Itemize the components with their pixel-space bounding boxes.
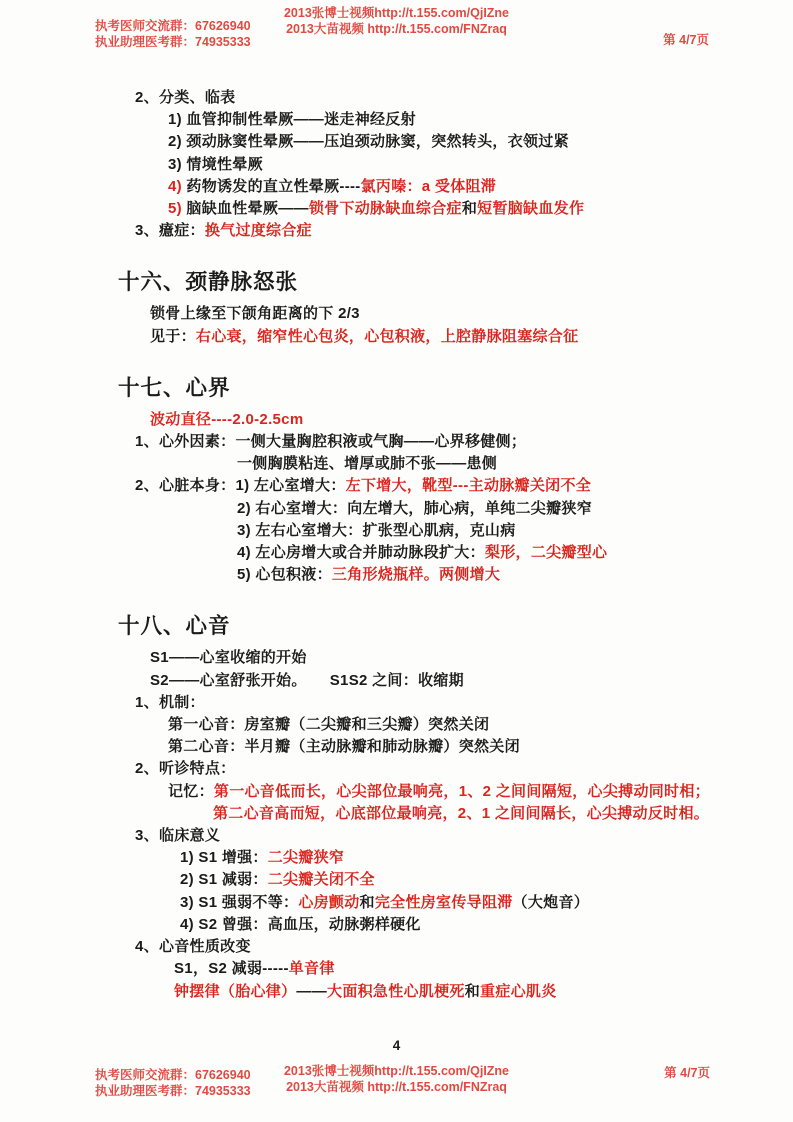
page-number: 4: [0, 1038, 793, 1053]
text-segment: 第二心音：半月瓣（主动脉瓣和肺动脉瓣）突然关闭: [168, 738, 520, 755]
doc-line: 锁骨上缘至下颌角距离的下 2/3: [118, 303, 758, 325]
text-segment: 和: [462, 200, 477, 217]
text-segment: 药物诱发的直立性晕厥----: [186, 178, 360, 195]
doc-line: 4) 左心房增大或合并肺动脉段扩大：梨形，二尖瓣型心: [118, 542, 758, 564]
text-segment: 1) S1 增强：: [180, 849, 268, 866]
doc-line: 钟摆律（胎心律）——大面积急性心肌梗死和重症心肌炎: [118, 981, 758, 1003]
doc-line: 4) S2 曾强：高血压，动脉粥样硬化: [118, 914, 758, 936]
text-segment: 2、分类、临表: [135, 89, 235, 106]
text-segment: 4、心音性质改变: [135, 938, 251, 955]
doc-line: 1) 血管抑制性晕厥——迷走神经反射: [118, 109, 758, 131]
header-page-label: 第 4/7页: [663, 33, 709, 49]
text-segment: 5): [168, 200, 186, 217]
text-segment: 梨形，二尖瓣型心: [485, 544, 607, 561]
footer-video-link-2: 2013大苗视频 http://t.155.com/FNZraq: [0, 1080, 793, 1096]
text-segment: 4) 左心房增大或合并肺动脉段扩大：: [237, 544, 485, 561]
doc-line: 一侧胸膜粘连、增厚或肺不张——患侧: [118, 453, 758, 475]
text-segment: 三角形烧瓶样。两侧增大: [332, 566, 500, 583]
text-segment: 2) S1 减弱：: [180, 871, 268, 888]
text-segment: S2——心室舒张开始。 S1S2 之间：收缩期: [150, 672, 464, 689]
text-segment: 锁骨下动脉缺血综合症: [309, 200, 462, 217]
doc-line: 5) 心包积液：三角形烧瓶样。两侧增大: [118, 564, 758, 586]
doc-line: 4、心音性质改变: [118, 936, 758, 958]
text-segment: 完全性房室传导阻滞: [375, 894, 513, 911]
text-segment: 锁骨上缘至下颌角距离的下 2/3: [150, 305, 360, 322]
text-segment: 2、心脏本身：1) 左心室增大：: [135, 477, 346, 494]
doc-line: 5) 脑缺血性晕厥——锁骨下动脉缺血综合症和短暂脑缺血发作: [118, 198, 758, 220]
text-segment: 4) S2 曾强：高血压，动脉粥样硬化: [180, 916, 421, 933]
doc-line: 第一心音：房室瓣（二尖瓣和三尖瓣）突然关闭: [118, 714, 758, 736]
text-segment: 2) 右心室增大：向左增大，肺心病，单纯二尖瓣狭窄: [237, 500, 592, 517]
text-segment: 左下增大，靴型---主动脉瓣关闭不全: [346, 477, 591, 494]
doc-line: 2) 颈动脉窦性晕厥——压迫颈动脉窦，突然转头，衣领过紧: [118, 131, 758, 153]
text-segment: 1) 血管抑制性晕厥——迷走神经反射: [168, 111, 416, 128]
document-body: 2、分类、临表1) 血管抑制性晕厥——迷走神经反射2) 颈动脉窦性晕厥——压迫颈…: [118, 87, 758, 1003]
text-segment: 十六、颈静脉怒张: [118, 270, 298, 294]
text-segment: 心房颤动: [298, 894, 359, 911]
doc-line: 记忆：第一心音低而长，心尖部位最响亮，1、2 之间间隔短，心尖搏动同时相；: [118, 781, 758, 803]
text-segment: 和: [465, 983, 480, 1000]
doc-line: 3、临床意义: [118, 825, 758, 847]
doc-line: 波动直径----2.0-2.5cm: [118, 409, 758, 431]
text-segment: 单音律: [289, 960, 335, 977]
text-segment: 换气过度综合症: [205, 222, 312, 239]
text-segment: 2) 颈动脉窦性晕厥——压迫颈动脉窦，突然转头，衣领过紧: [168, 133, 569, 150]
doc-line: 第二心音：半月瓣（主动脉瓣和肺动脉瓣）突然关闭: [118, 736, 758, 758]
doc-line: 2、心脏本身：1) 左心室增大：左下增大，靴型---主动脉瓣关闭不全: [118, 475, 758, 497]
doc-line: S2——心室舒张开始。 S1S2 之间：收缩期: [118, 670, 758, 692]
text-segment: 1、机制：: [135, 694, 205, 711]
text-segment: 见于：: [150, 328, 196, 345]
text-segment: 3) 左右心室增大：扩张型心肌病，克山病: [237, 522, 516, 539]
text-segment: 十七、心界: [118, 376, 231, 400]
doc-line: 第二心音高而短，心底部位最响亮，2、1 之间间隔长，心尖搏动反时相。: [118, 803, 758, 825]
doc-line: 2、分类、临表: [118, 87, 758, 109]
text-segment: 氯丙嗪：a 受体阻滞: [361, 178, 497, 195]
doc-line: 3) 左右心室增大：扩张型心肌病，克山病: [118, 520, 758, 542]
document-page: 执考医师交流群：67626940 执业助理医考群：74935333 2013张博…: [0, 0, 793, 1122]
doc-line: 4) 药物诱发的直立性晕厥----氯丙嗪：a 受体阻滞: [118, 176, 758, 198]
text-segment: 右心衰，缩窄性心包炎，心包积液，上腔静脉阻塞综合征: [196, 328, 579, 345]
doc-line: 3、癔症：换气过度综合症: [118, 220, 758, 242]
text-segment: 2、听诊特点：: [135, 760, 235, 777]
doc-line: S1，S2 减弱-----单音律: [118, 958, 758, 980]
text-segment: （大炮音）: [513, 894, 590, 911]
text-segment: 和: [360, 894, 375, 911]
doc-line: 见于：右心衰，缩窄性心包炎，心包积液，上腔静脉阻塞综合征: [118, 326, 758, 348]
header-video-link-1: 2013张博士视频http://t.155.com/QjIZne: [0, 6, 793, 22]
section-heading: 十八、心音: [118, 613, 758, 640]
text-segment: 钟摆律（胎心律）: [174, 983, 296, 1000]
doc-line: 3) 情境性晕厥: [118, 154, 758, 176]
text-segment: 十八、心音: [118, 614, 231, 638]
section-heading: 十七、心界: [118, 375, 758, 402]
text-segment: 二尖瓣关闭不全: [268, 871, 375, 888]
doc-line: 2) S1 减弱：二尖瓣关闭不全: [118, 869, 758, 891]
text-segment: 一侧胸膜粘连、增厚或肺不张——患侧: [237, 455, 497, 472]
text-segment: 3、临床意义: [135, 827, 220, 844]
doc-line: 2、听诊特点：: [118, 758, 758, 780]
text-segment: 第一心音：房室瓣（二尖瓣和三尖瓣）突然关闭: [168, 716, 489, 733]
doc-line: S1——心室收缩的开始: [118, 647, 758, 669]
doc-line: 1、心外因素：一侧大量胸腔积液或气胸——心界移健侧；: [118, 431, 758, 453]
text-segment: 波动直径----2.0-2.5cm: [150, 411, 303, 428]
footer-page-label: 第 4/7页: [664, 1066, 710, 1082]
text-segment: ——: [296, 983, 327, 1000]
text-segment: 5) 心包积液：: [237, 566, 332, 583]
doc-line: 2) 右心室增大：向左增大，肺心病，单纯二尖瓣狭窄: [118, 498, 758, 520]
text-segment: 短暂脑缺血发作: [477, 200, 584, 217]
text-segment: 4): [168, 178, 186, 195]
text-segment: 二尖瓣狭窄: [268, 849, 345, 866]
doc-line: 1、机制：: [118, 692, 758, 714]
text-segment: S1——心室收缩的开始: [150, 649, 307, 666]
section-heading: 十六、颈静脉怒张: [118, 269, 758, 296]
doc-line: 1) S1 增强：二尖瓣狭窄: [118, 847, 758, 869]
text-segment: 第二心音高而短，心底部位最响亮，2、1 之间间隔长，心尖搏动反时相。: [213, 805, 709, 822]
text-segment: 第一心音低而长，心尖部位最响亮，1、2 之间间隔短，心尖搏动同时相；: [214, 783, 710, 800]
text-segment: 脑缺血性晕厥——: [186, 200, 308, 217]
text-segment: 3、癔症：: [135, 222, 205, 239]
text-segment: 3) S1 强弱不等：: [180, 894, 298, 911]
text-segment: 大面积急性心肌梗死: [327, 983, 465, 1000]
doc-line: 3) S1 强弱不等：心房颤动和完全性房室传导阻滞（大炮音）: [118, 892, 758, 914]
text-segment: 3) 情境性晕厥: [168, 156, 263, 173]
text-segment: S1，S2 减弱-----: [174, 960, 289, 977]
text-segment: 记忆：: [168, 783, 214, 800]
text-segment: 重症心肌炎: [480, 983, 557, 1000]
text-segment: 1、心外因素：一侧大量胸腔积液或气胸——心界移健侧；: [135, 433, 526, 450]
